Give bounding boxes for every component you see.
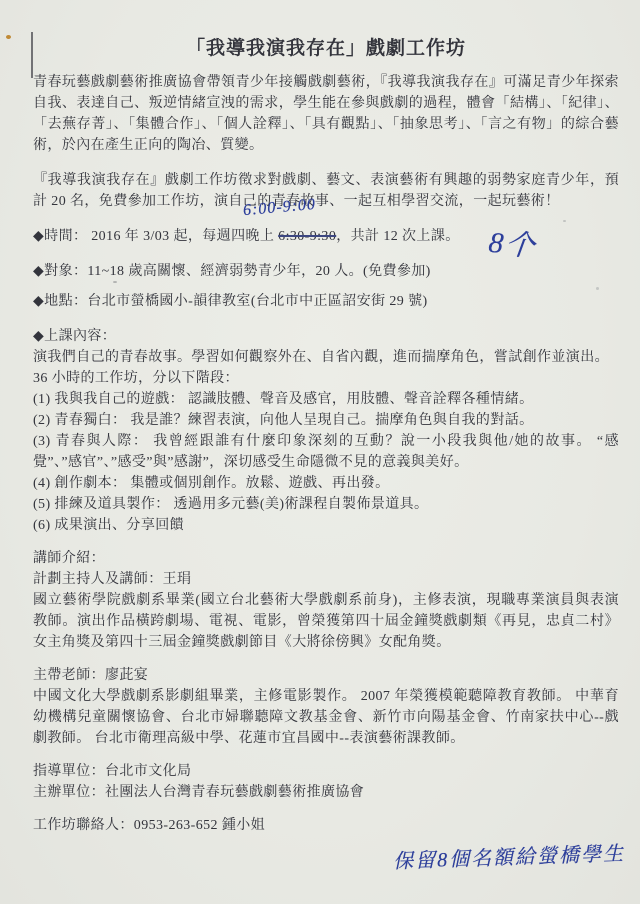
- location-line: ◆地點：台北市螢橋國小-韻律教室(台北市中正區詔安街 29 號): [33, 291, 619, 312]
- handwritten-bottom-note: 保留8個名額給螢橋學生: [393, 837, 626, 874]
- contact-line: 工作坊聯絡人：0953-263-652 鍾小姐: [33, 815, 619, 836]
- content-intro: 演我們自己的青春故事。學習如何觀察外在、自省內觀，進而揣摩角色，嘗試創作並演出。: [33, 347, 619, 368]
- stage-item-5: (5) 排練及道具製作： 透過用多元藝(美)術課程自製佈景道具。: [33, 494, 619, 515]
- content-label: ◆上課內容：: [33, 326, 619, 347]
- lead-instructor-line: 計劃主持人及講師：王琄: [33, 569, 619, 590]
- advisor-line: 指導單位：台北市文化局: [33, 761, 619, 782]
- stage-item-6: (6) 成果演出、分享回饋: [33, 515, 619, 536]
- time-struck-value: 6:30-9:30: [278, 229, 336, 244]
- stage-item-3: (3) 青春與人際： 我曾經跟誰有什麼印象深刻的互動？說一小段我與他/她的故事。…: [33, 431, 619, 473]
- stage-item-4: (4) 創作劇本： 集體或個別創作。放鬆、遊戲、再出發。: [33, 473, 619, 494]
- page-title: 「我導我演我存在」戲劇工作坊: [33, 36, 619, 62]
- scanned-flyer-page: 「我導我演我存在」戲劇工作坊 青春玩藝戲劇藝術推廣協會帶領青少年接觸戲劇藝術，『…: [0, 0, 640, 904]
- intro-paragraph: 青春玩藝戲劇藝術推廣協會帶領青少年接觸戲劇藝術，『我導我演我存在』可滿足青少年探…: [33, 72, 619, 156]
- stage-item-2: (2) 青春獨白： 我是誰？練習表演，向他人呈現自己。揣摩角色與自我的對話。: [33, 410, 619, 431]
- instructors-label: 講師介紹：: [33, 548, 619, 569]
- content-hours: 36 小時的工作坊，分以下階段：: [33, 368, 619, 389]
- handwritten-session-note: 8个: [487, 220, 539, 266]
- lead-instructor-bio: 國立藝術學院戲劇系畢業(國立台北藝術大學戲劇系前身)，主修表演，現職專業演員與表…: [33, 590, 619, 653]
- time-suffix: ，共計 12 次上課。: [336, 229, 459, 244]
- stage-list: (1) 我與我自己的遊戲： 認識肢體、聲音及感官，用肢體、聲音詮釋各種情緒。 (…: [33, 389, 619, 536]
- document-body: 「我導我演我存在」戲劇工作坊 青春玩藝戲劇藝術推廣協會帶領青少年接觸戲劇藝術，『…: [33, 36, 619, 836]
- recruitment-paragraph: 『我導我演我存在』戲劇工作坊徵求對戲劇、藝文、表演藝術有興趣的弱勢家庭青少年，預…: [33, 170, 619, 212]
- main-teacher-line: 主帶老師：廖茈宴: [33, 665, 619, 686]
- scan-artifact-dot: [6, 35, 11, 39]
- time-prefix: 2016 年 3/03 起，每週四晚上: [87, 229, 278, 244]
- organizer-line: 主辦單位：社團法人台灣青春玩藝戲劇藝術推廣協會: [33, 782, 619, 803]
- stage-item-1: (1) 我與我自己的遊戲： 認識肢體、聲音及感官，用肢體、聲音詮釋各種情緒。: [33, 389, 619, 410]
- main-teacher-bio: 中國文化大學戲劇系影劇組畢業，主修電影製作。 2007 年榮獲模範聽障教育教師。…: [33, 686, 619, 749]
- time-label: ◆時間：: [33, 229, 87, 244]
